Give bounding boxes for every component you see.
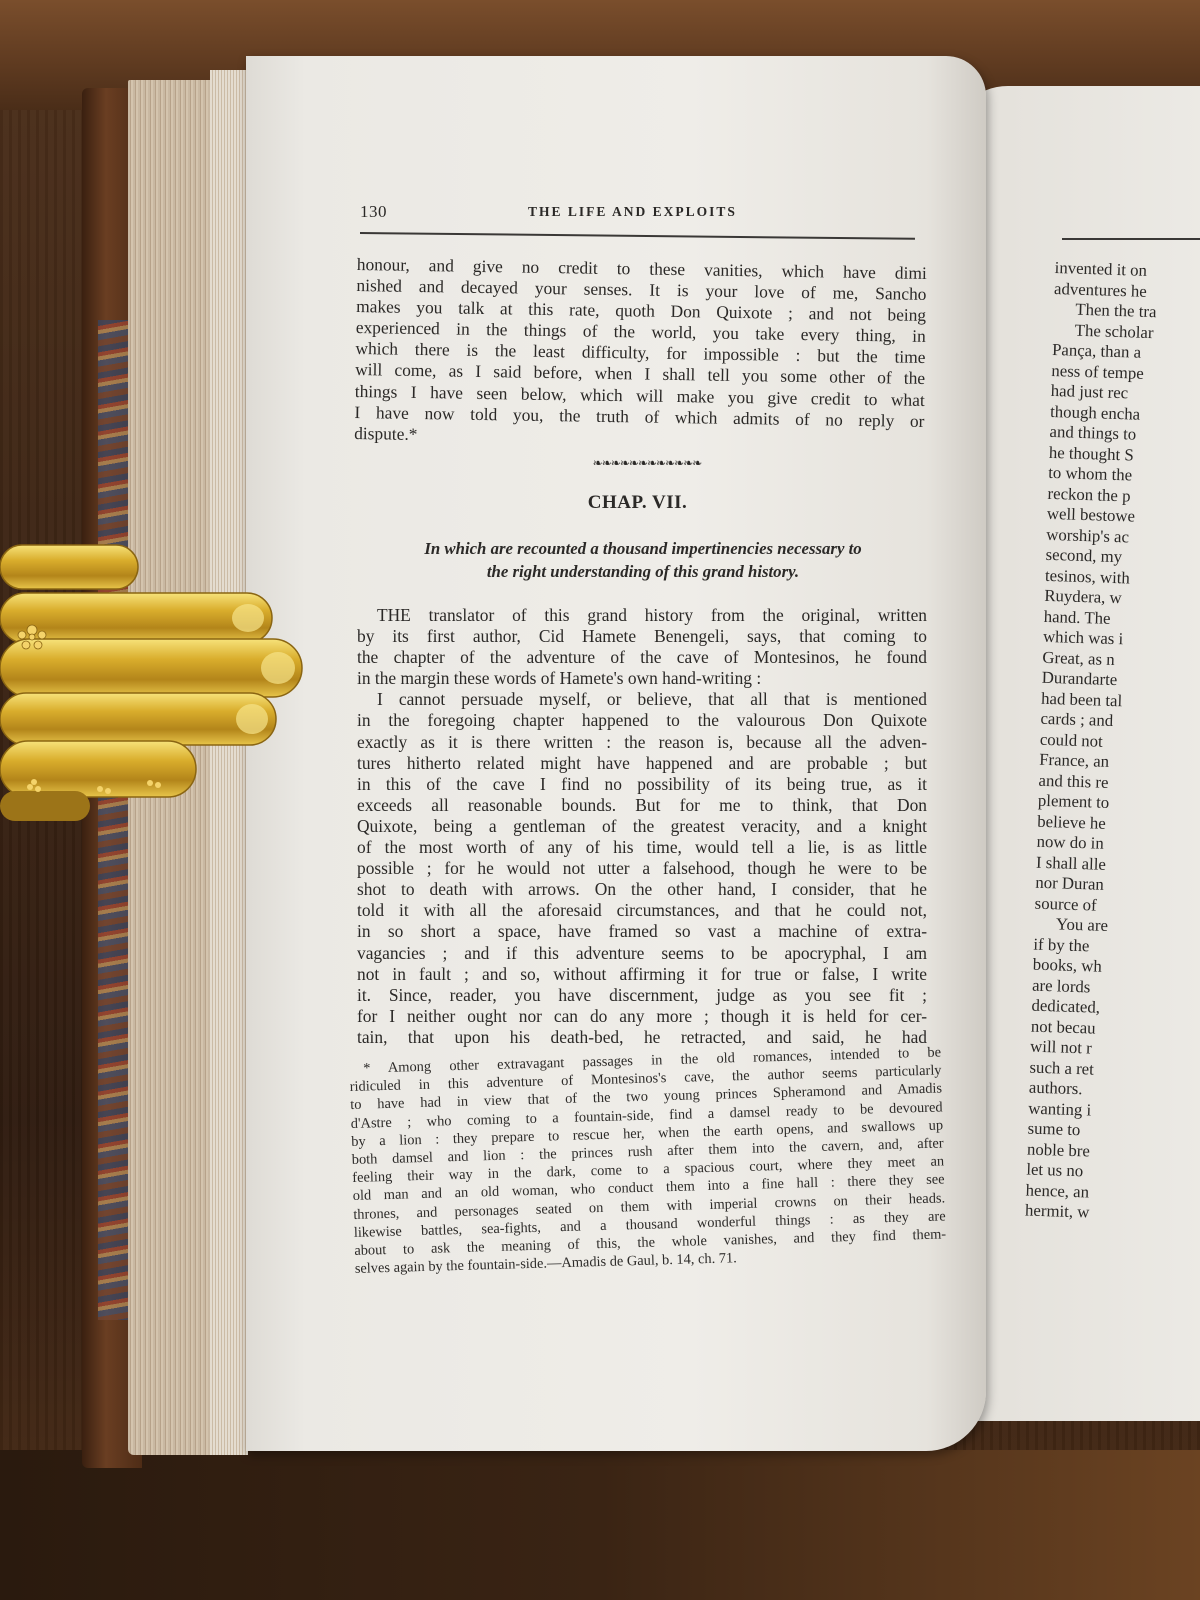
summary-line: the right understanding of this grand hi… [358,560,928,583]
text-line: in this of the cave I find no possibilit… [357,774,927,795]
text-line: possible ; for he would not utter a fals… [357,858,927,879]
text-line: in the foregoing chapter happened to the… [357,710,927,731]
summary-line: In which are recounted a thousand impert… [358,537,928,560]
text-line: tures hitherto related might have happen… [357,753,927,774]
running-head: 130 THE LIFE AND EXPLOITS [360,200,915,224]
text-line: in the margin these words of Hamete's ow… [357,668,927,689]
opening-paragraph: honour, and give no credit to these vani… [354,254,927,453]
running-title: THE LIFE AND EXPLOITS [528,204,737,220]
text-line: it. Since, reader, you have discernment,… [357,985,927,1006]
wooden-table-bottom [0,1450,1200,1600]
text-line: of the most worth of any of his time, wo… [357,837,927,858]
text-line: not in fault ; and so, without affirming… [357,964,927,985]
text-line: tain, that upon his death-bed, he retrac… [357,1027,927,1048]
footnote: * Among other extravagant passages in th… [349,1043,947,1278]
text-line: vagancies ; and if this adventure seems … [357,943,927,964]
chapter-title: CHAP. VII. [360,492,915,514]
right-page-text: invented it onadventures heThen the traT… [1025,258,1200,1227]
page-number: 130 [360,202,387,222]
text-line: told it with all the aforesaid circumsta… [357,900,927,921]
text-line: I cannot persuade myself, or believe, th… [357,689,927,710]
text-line: exceeds all reasonable bounds. But for m… [357,795,927,816]
gold-hand-page-clip-icon [0,535,310,835]
right-page-header-rule [1062,238,1200,240]
chapter-body: THE translator of this grand history fro… [357,605,927,1048]
chapter-summary: In which are recounted a thousand impert… [358,537,928,583]
text-line: by its first author, Cid Hamete Benengel… [357,626,927,647]
text-line: in so short a space, have framed so vast… [357,921,927,942]
text-line: Quixote, being a gentleman of the greate… [357,816,927,837]
text-line: the chapter of the adventure of the cave… [357,647,927,668]
text-line: for I neither ought nor can do any more … [357,1006,927,1027]
text-line: exactly as it is there written : the rea… [357,732,927,753]
text-line: THE translator of this grand history fro… [357,605,927,626]
ornament-divider: ❧❧❧❧❧❧❧❧❧❧❧❧ [582,456,712,468]
text-line: shot to death with arrows. On the other … [357,879,927,900]
